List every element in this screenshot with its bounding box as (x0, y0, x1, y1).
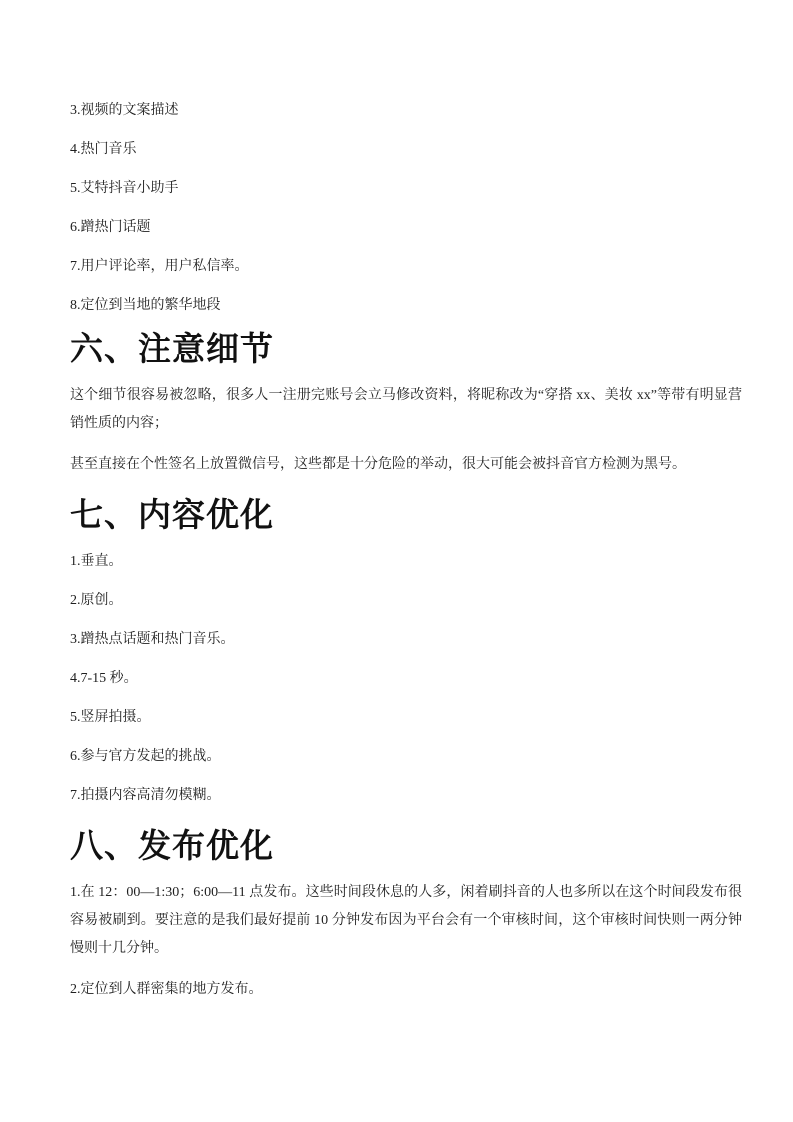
list-item: 3.蹭热点话题和热门音乐。 (70, 626, 742, 654)
list-item: 6.参与官方发起的挑战。 (70, 743, 742, 771)
list-item: 5.艾特抖音小助手 (70, 175, 742, 203)
section-heading-content-optimization: 七、内容优化 (70, 497, 742, 535)
paragraph: 这个细节很容易被忽略，很多人一注册完账号会立马修改资料，将昵称改为“穿搭 xx、… (70, 382, 742, 438)
paragraph: 甚至直接在个性签名上放置微信号，这些都是十分危险的举动，很大可能会被抖音官方检测… (70, 451, 742, 479)
list-item: 4.7-15 秒。 (70, 665, 742, 693)
list-item: 7.用户评论率，用户私信率。 (70, 253, 742, 281)
document-page: 3.视频的文案描述 4.热门音乐 5.艾特抖音小助手 6.蹭热门话题 7.用户评… (0, 0, 793, 1122)
list-item: 1.垂直。 (70, 548, 742, 576)
section-heading-publish-optimization: 八、发布优化 (70, 828, 742, 866)
list-item: 5.竖屏拍摄。 (70, 704, 742, 732)
section-heading-attention-details: 六、注意细节 (70, 331, 742, 369)
paragraph: 1.在 12：00—1:30；6:00—11 点发布。这些时间段休息的人多，闲着… (70, 879, 742, 963)
list-item: 8.定位到当地的繁华地段 (70, 292, 742, 320)
list-item: 6.蹭热门话题 (70, 214, 742, 242)
list-item: 4.热门音乐 (70, 136, 742, 164)
list-item: 3.视频的文案描述 (70, 97, 742, 125)
list-item: 7.拍摄内容高清勿模糊。 (70, 782, 742, 810)
list-item: 2.原创。 (70, 587, 742, 615)
paragraph: 2.定位到人群密集的地方发布。 (70, 976, 742, 1004)
